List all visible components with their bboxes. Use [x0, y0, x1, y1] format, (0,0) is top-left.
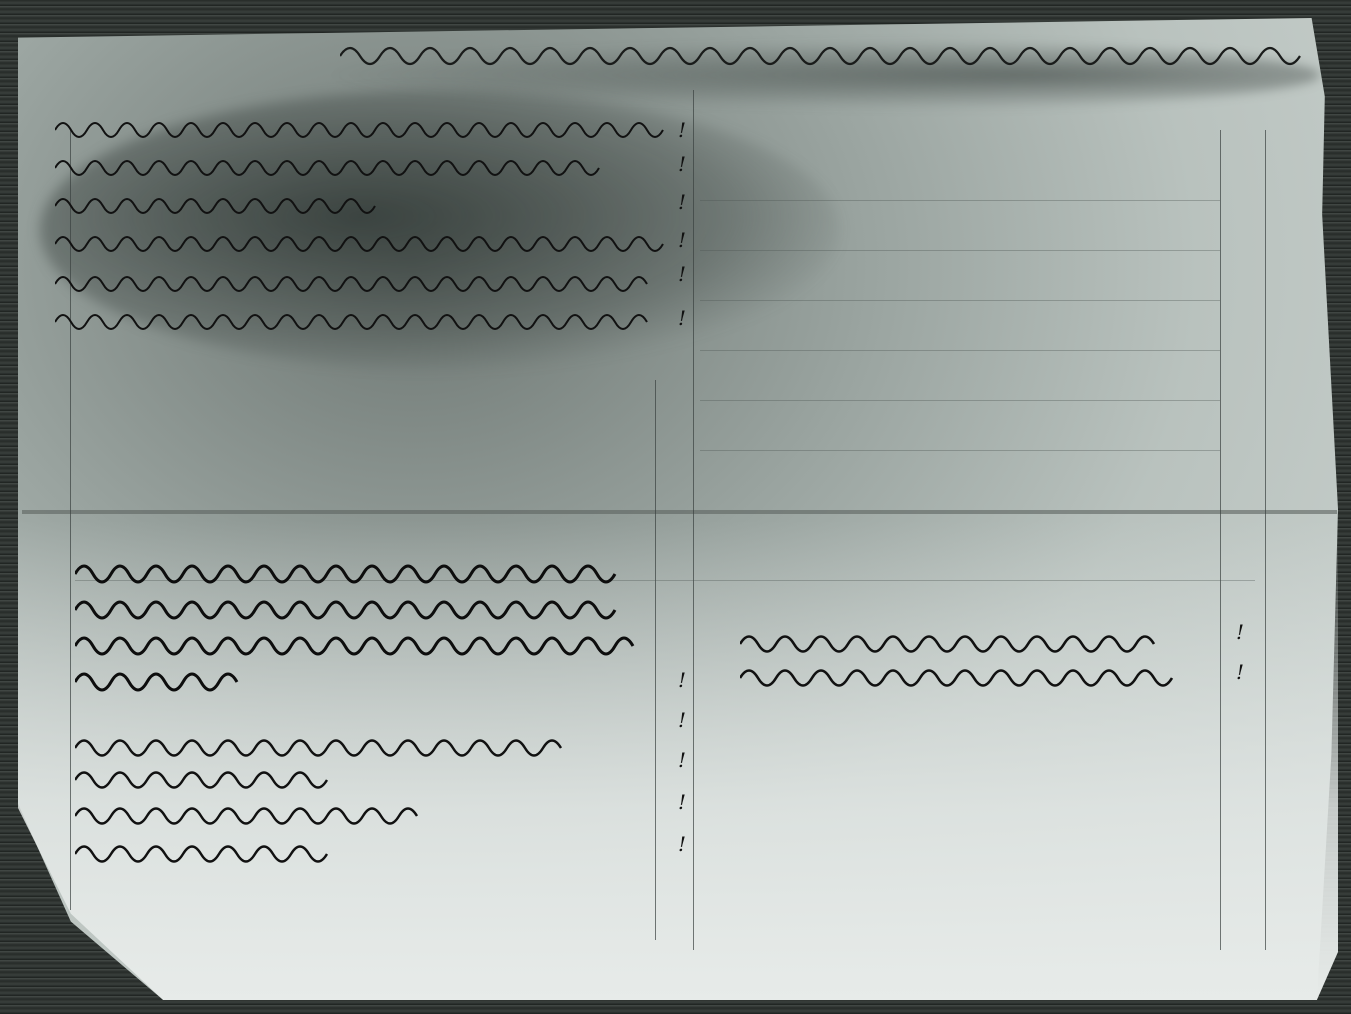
- ruled-line: [700, 450, 1220, 451]
- margin-mark: !: [678, 306, 686, 330]
- column-rule: [693, 90, 694, 950]
- ruled-line: [700, 400, 1220, 401]
- upper-script-line: [handwritten script line 1]: [55, 112, 675, 140]
- column-rule: [1265, 130, 1266, 950]
- upper-script-line: [handwritten script line 4]: [55, 226, 675, 254]
- list-script-line: [handwritten script list item 3]: [75, 798, 420, 826]
- margin-mark: !: [678, 748, 686, 772]
- list-script-line: [handwritten script list item 2]: [75, 762, 340, 790]
- column-rule: [1220, 130, 1221, 950]
- margin-mark: !: [1236, 660, 1244, 684]
- ruled-line: [700, 300, 1220, 301]
- margin-mark: !: [678, 262, 686, 286]
- margin-mark: !: [678, 790, 686, 814]
- margin-mark: !: [678, 228, 686, 252]
- paragraph-script-line: [handwritten script paragraph line 4]: [75, 664, 245, 692]
- margin-mark: !: [678, 118, 686, 142]
- right-script-line: [handwritten script line 1]: [740, 626, 1165, 654]
- margin-mark: !: [678, 152, 686, 176]
- paragraph-script-line: [handwritten script paragraph line 1]: [75, 556, 630, 584]
- column-rule: [655, 380, 656, 940]
- list-script-line: [handwritten script list item 4]: [75, 836, 330, 864]
- header-script-line: [handwritten script – header line across…: [340, 38, 1320, 66]
- margin-mark: !: [678, 668, 686, 692]
- paragraph-script-line: [handwritten script paragraph line 2]: [75, 592, 630, 620]
- ruled-line: [700, 250, 1220, 251]
- paragraph-script-line: [handwritten script paragraph line 3]: [75, 628, 645, 656]
- ruled-line: [700, 200, 1220, 201]
- margin-mark: !: [678, 190, 686, 214]
- upper-script-line: [handwritten script line 6]: [55, 304, 665, 332]
- upper-script-line: [handwritten script line 2]: [55, 150, 615, 178]
- upper-script-line: [handwritten script line 5]: [55, 266, 655, 294]
- margin-mark: !: [678, 832, 686, 856]
- list-script-line: [handwritten script list item 1]: [75, 730, 570, 758]
- ruled-line: [700, 350, 1220, 351]
- margin-mark: !: [1236, 620, 1244, 644]
- fold-line: [22, 510, 1337, 514]
- margin-mark: !: [678, 708, 686, 732]
- upper-script-line: [handwritten script line 3]: [55, 188, 385, 216]
- right-script-line: [handwritten script line 2]: [740, 660, 1190, 688]
